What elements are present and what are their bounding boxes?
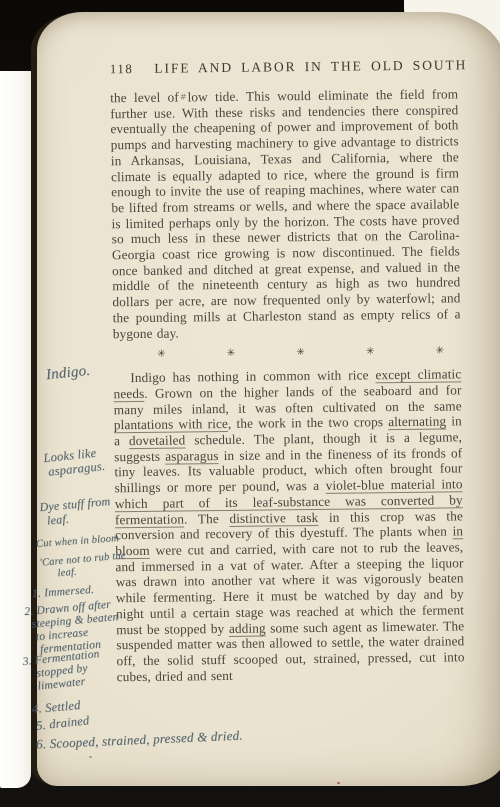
page-content: 118 LIFE AND LABOR IN THE OLD SOUTH the …: [33, 9, 500, 686]
foxing-speck: [337, 782, 340, 784]
print-text: , the work in the two crops: [228, 415, 388, 432]
flower-ornament: ✳: [157, 348, 166, 361]
print-text: . Grown on the higher lands of the seabo…: [114, 382, 462, 417]
pencil-underlined-text: asparagus: [165, 448, 218, 464]
pencil-underlined-text: dovetailed: [129, 433, 186, 449]
flower-ornament: ✳: [366, 346, 375, 359]
pencil-underlined-text: distinctive task: [229, 510, 318, 526]
ornament-divider: ✳ ✳ ✳ ✳ ✳: [113, 345, 461, 362]
pencil-underlined-text: alternating: [388, 414, 446, 430]
pencil-underlined-text: except climatic: [375, 367, 461, 383]
page-number: 118: [110, 61, 134, 77]
pencil-insertion-mark: #: [180, 92, 187, 101]
flower-ornament: ✳: [227, 347, 236, 360]
book-page: 118 LIFE AND LABOR IN THE OLD SOUTH the …: [31, 12, 500, 786]
running-title: LIFE AND LABOR IN THE OLD SOUTH: [154, 57, 467, 77]
foxing-speck: [89, 756, 92, 758]
print-text: the level of: [110, 90, 179, 106]
print-text: . The: [184, 511, 229, 527]
pencil-underlined-text: needs: [113, 386, 144, 401]
print-text: Indigo has nothing in common with rice: [130, 368, 375, 386]
paragraph-indigo: Indigo has nothing in common with rice e…: [113, 367, 465, 685]
paragraph-rice: the level of#low tide. This would elimin…: [110, 86, 461, 341]
flower-ornament: ✳: [436, 345, 445, 358]
page-stack-left-edge: [0, 71, 31, 788]
running-header: 118 LIFE AND LABOR IN THE OLD SOUTH: [110, 57, 466, 77]
flower-ornament: ✳: [296, 346, 305, 359]
pencil-underlined-text: adding: [229, 620, 266, 635]
pencil-underlined-text: plantations with rice: [114, 416, 228, 432]
print-text: low tide. This would eliminate the field…: [110, 86, 460, 340]
book-photo: 118 LIFE AND LABOR IN THE OLD SOUTH the …: [0, 0, 500, 807]
